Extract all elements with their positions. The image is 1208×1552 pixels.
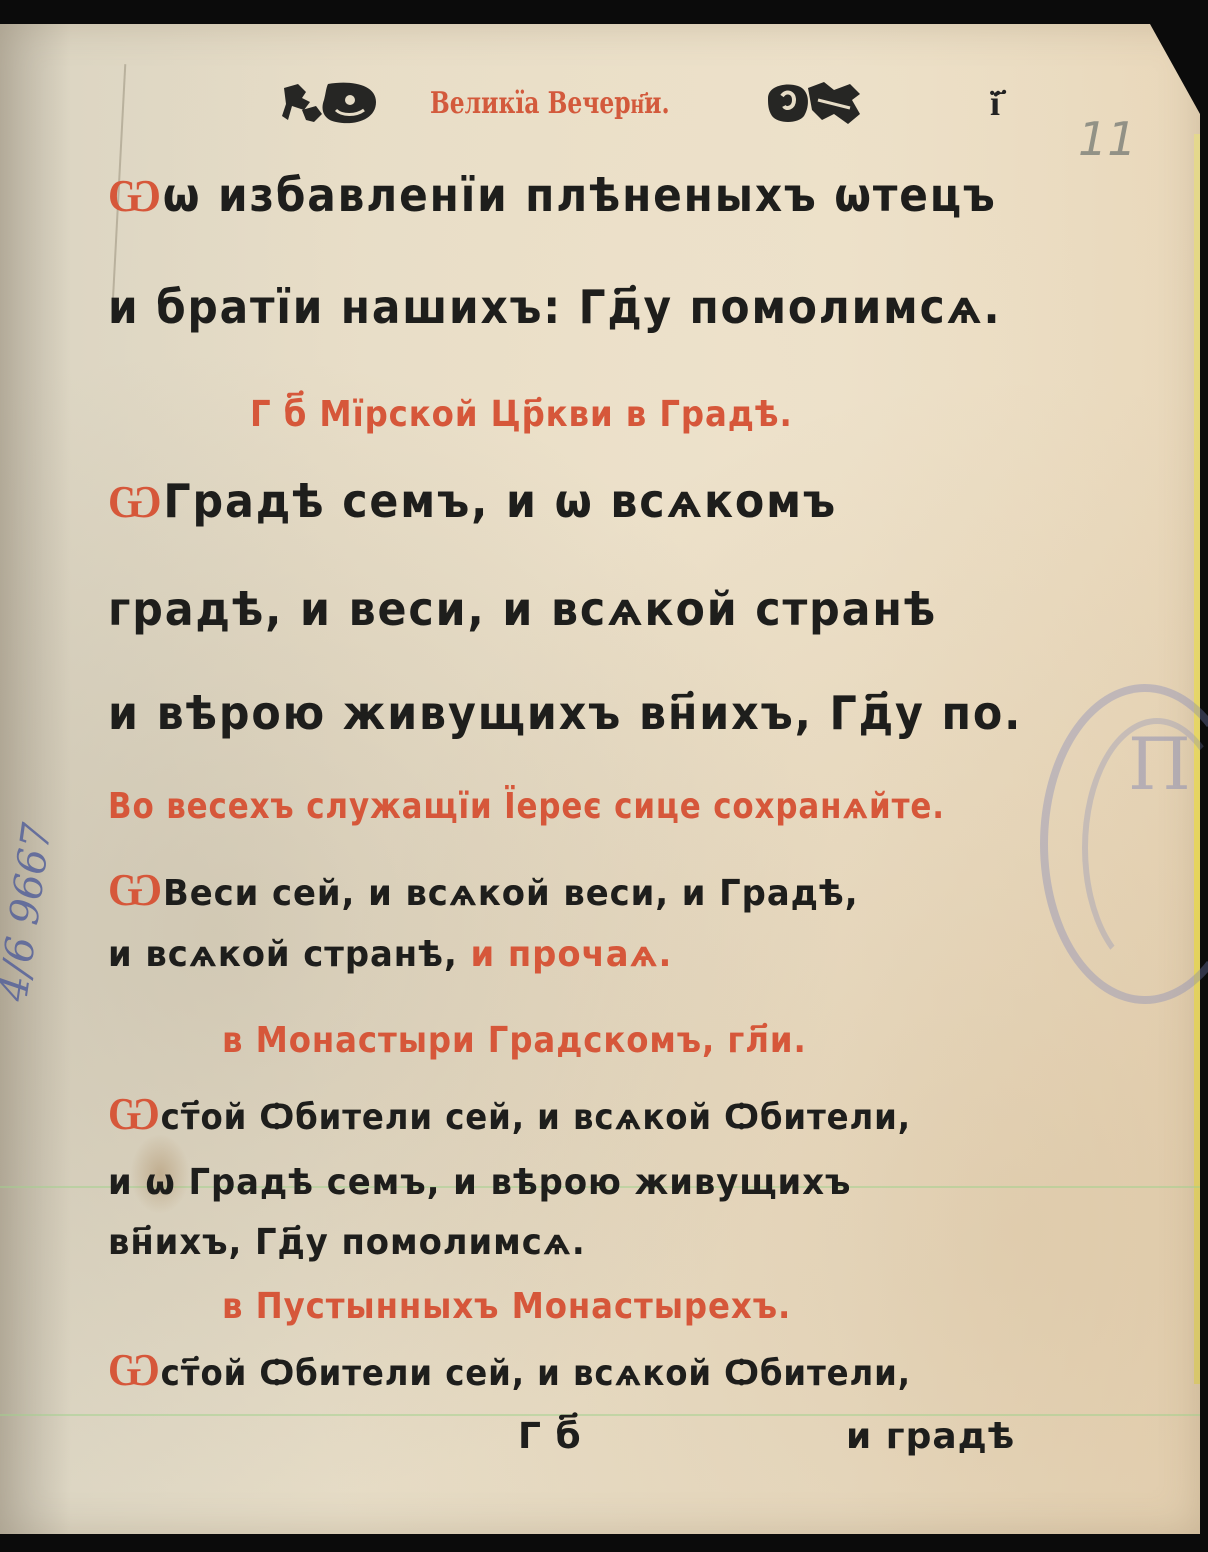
library-stamp-glyph: П <box>1128 722 1191 806</box>
text-line-8: Ѡст҃ой Ѻбители сей, и всѧкой Ѻбители, <box>108 1086 911 1140</box>
woodcut-ornament-right-icon <box>764 80 864 126</box>
rubric-line-3: в Монастыри Градскомъ, гл҃и. <box>222 1020 807 1061</box>
text-line-11: Ѡст҃ой Ѻбители сей, и всѧкой Ѻбители, <box>108 1342 911 1396</box>
running-title: Великїа Вечерн҃и. <box>430 86 670 121</box>
pencil-page-number: 11 <box>1078 112 1137 166</box>
signature-mark: Г б҃ <box>518 1416 582 1457</box>
rubric-initial: Ѡ <box>108 474 163 528</box>
line-text: и ѡ Градѣ семъ, и вѣрою живущихъ <box>108 1162 851 1203</box>
catchword: и градѣ <box>846 1416 1015 1457</box>
folded-corner <box>1150 24 1200 114</box>
rubric-line-2: Во весехъ служащїи Їереє сице сохранѧйте… <box>108 786 945 827</box>
text-line-3: ѠГрадѣ семъ, и ѡ всѧкомъ <box>108 474 837 528</box>
line-text: и братїи нашихъ: Гд҃у помолимсѧ. <box>108 280 1001 334</box>
line-text: градѣ, и веси, и всѧкой странѣ <box>108 582 937 636</box>
text-line-10: вн҃ихъ, Гд҃у помолимсѧ. <box>108 1222 586 1263</box>
line-text: и всѧкой странѣ, <box>108 934 458 975</box>
library-stamp: П <box>1040 684 1208 1004</box>
rubric-text: в Пустынныхъ Монастырехъ. <box>222 1286 791 1327</box>
rubric-line-1: Г б҃ Мїрской Цр҃кви в Градѣ. <box>250 394 793 435</box>
text-line-2: и братїи нашихъ: Гд҃у помолимсѧ. <box>108 280 1001 334</box>
text-line-5: и вѣрою живущихъ вн҃ихъ, Гд҃у по. <box>108 686 1022 740</box>
catchword-text: и градѣ <box>846 1416 1015 1457</box>
inventory-number-annotation: 4/6 9667 <box>36 744 86 1004</box>
line-text: вн҃ихъ, Гд҃у помолимсѧ. <box>108 1222 586 1263</box>
rubric-line-4: в Пустынныхъ Монастырехъ. <box>222 1286 791 1327</box>
scan-artifact-line <box>0 1414 1200 1416</box>
text-line-6: ѠВеси сей, и всѧкой веси, и Градѣ, <box>108 862 859 916</box>
page-header: Великїа Вечерн҃и. ї҃ <box>280 76 1040 136</box>
rubric-initial: Ѡ <box>108 1086 161 1140</box>
text-line-1: Ѡѡ избавленїи плѣненыхъ ѡтецъ <box>108 168 997 222</box>
rubric-text: Г б҃ Мїрской Цр҃кви в Градѣ. <box>250 394 793 435</box>
rubric-text: Во весехъ служащїи Їереє сице сохранѧйте… <box>108 786 945 827</box>
line-text: и вѣрою живущихъ вн҃ихъ, Гд҃у по. <box>108 686 1022 740</box>
text-line-7: и всѧкой странѣ, и прочаѧ. <box>108 934 672 975</box>
signature-text: Г б҃ <box>518 1416 582 1457</box>
rubric-initial: Ѡ <box>108 1342 161 1396</box>
rubric-initial: Ѡ <box>108 862 163 916</box>
line-text: Веси сей, и всѧкой веси, и Градѣ, <box>163 873 858 914</box>
woodcut-ornament-left-icon <box>280 80 380 126</box>
line-text: ст҃ой Ѻбители сей, и всѧкой Ѻбители, <box>161 1353 911 1394</box>
rubric-initial: Ѡ <box>108 168 163 222</box>
line-text: ст҃ой Ѻбители сей, и всѧкой Ѻбители, <box>161 1097 911 1138</box>
folio-number: ї҃ <box>990 82 1000 124</box>
manuscript-page: Великїа Вечерн҃и. ї҃ 11 4/6 9667 П Ѡѡ из… <box>0 24 1200 1534</box>
text-line-4: градѣ, и веси, и всѧкой странѣ <box>108 582 937 636</box>
rubric-tail: и прочаѧ. <box>470 934 672 975</box>
text-line-9: и ѡ Градѣ семъ, и вѣрою живущихъ <box>108 1162 851 1203</box>
line-text: Градѣ семъ, и ѡ всѧкомъ <box>163 474 837 528</box>
rubric-text: в Монастыри Градскомъ, гл҃и. <box>222 1020 807 1061</box>
line-text: ѡ избавленїи плѣненыхъ ѡтецъ <box>163 168 997 222</box>
